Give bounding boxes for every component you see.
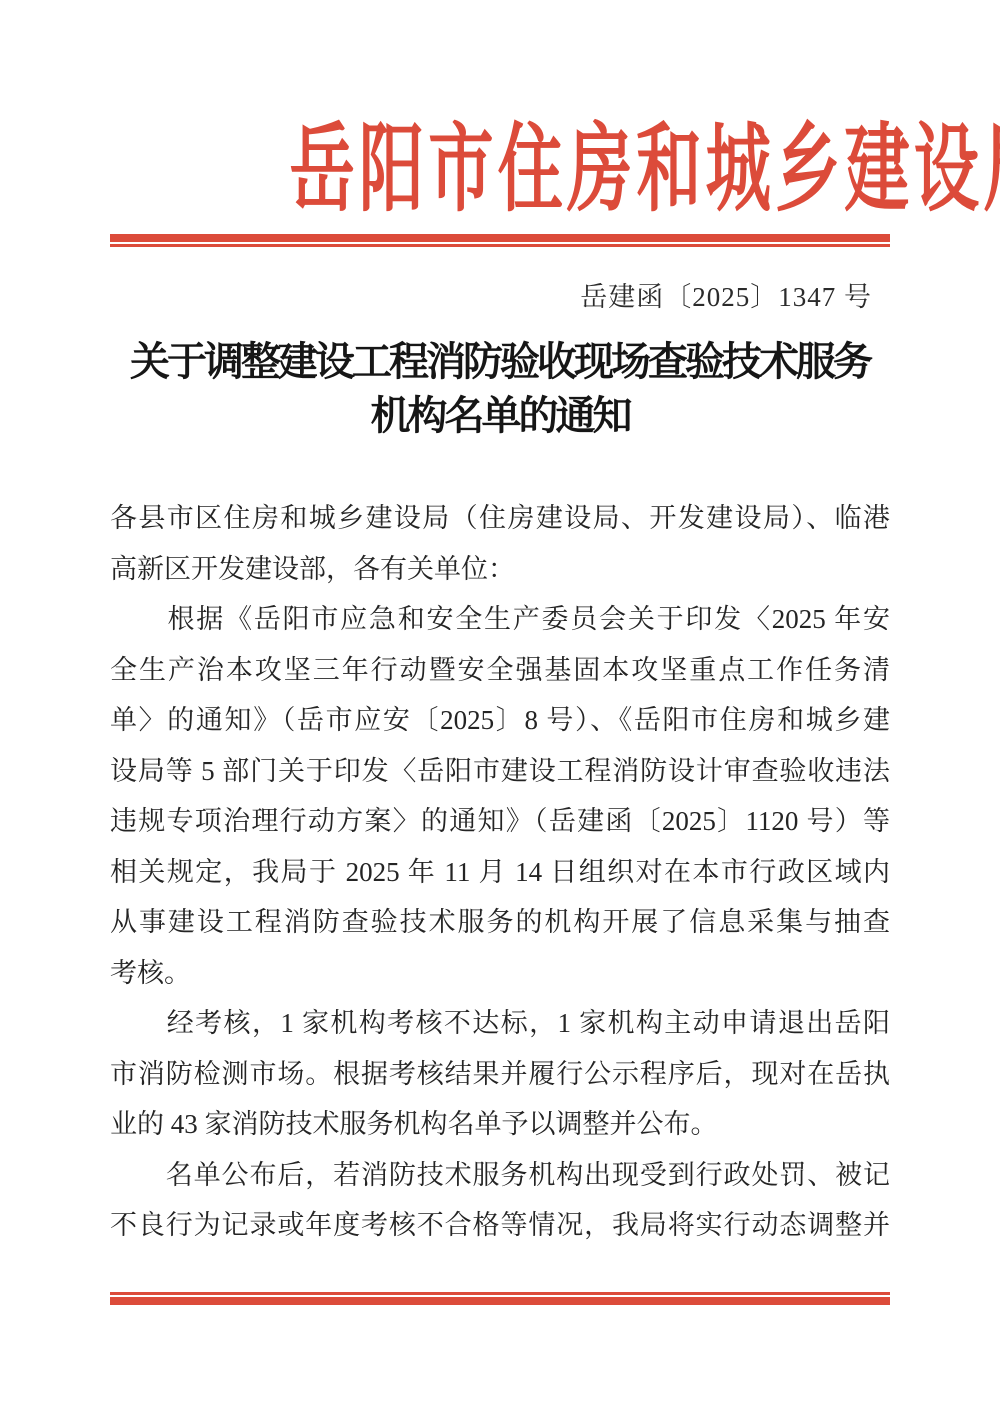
body-line: 从事建设工程消防查验技术服务的机构开展了信息采集与抽查 [110, 897, 890, 948]
body-line: 设局等 5 部门关于印发〈岳阳市建设工程消防设计审查验收违法 [110, 746, 890, 797]
body-line: 不良行为记录或年度考核不合格等情况，我局将实行动态调整并 [110, 1200, 890, 1251]
title-line-2: 机构名单的通知 [110, 389, 890, 443]
document-body: 各县市区住房和城乡建设局（住房建设局、开发建设局）、临港 高新区开发建设部，各有… [110, 493, 890, 1251]
body-line: 相关规定，我局于 2025 年 11 月 14 日组织对在本市行政区域内 [110, 847, 890, 898]
body-line: 根据《岳阳市应急和安全生产委员会关于印发〈2025 年安 [110, 594, 890, 645]
body-line: 经考核，1 家机构考核不达标，1 家机构主动申请退出岳阳 [110, 998, 890, 1049]
letterhead-divider [110, 234, 890, 247]
document-page: 岳阳市住房和城乡建设局 岳建函〔2025〕1347 号 关于调整建设工程消防验收… [0, 0, 1000, 1414]
body-line: 各县市区住房和城乡建设局（住房建设局、开发建设局）、临港 [110, 493, 890, 544]
document-number: 岳建函〔2025〕1347 号 [110, 281, 890, 313]
letterhead: 岳阳市住房和城乡建设局 [110, 0, 890, 218]
agency-name: 岳阳市住房和城乡建设局 [290, 122, 1000, 218]
body-line: 违规专项治理行动方案〉的通知》（岳建函〔2025〕1120 号）等 [110, 796, 890, 847]
body-line: 全生产治本攻坚三年行动暨安全强基固本攻坚重点工作任务清 [110, 645, 890, 696]
footer-divider [110, 1292, 890, 1305]
body-line: 考核。 [110, 948, 890, 999]
body-line: 名单公布后，若消防技术服务机构出现受到行政处罚、被记 [110, 1150, 890, 1201]
body-line: 业的 43 家消防技术服务机构名单予以调整并公布。 [110, 1099, 890, 1150]
body-line: 单〉的通知》（岳市应安〔2025〕8 号）、《岳阳市住房和城乡建 [110, 695, 890, 746]
body-line: 市消防检测市场。根据考核结果并履行公示程序后，现对在岳执 [110, 1049, 890, 1100]
title-line-1: 关于调整建设工程消防验收现场查验技术服务 [110, 335, 890, 389]
document-title: 关于调整建设工程消防验收现场查验技术服务 机构名单的通知 [110, 335, 890, 443]
body-line: 高新区开发建设部，各有关单位： [110, 544, 890, 595]
